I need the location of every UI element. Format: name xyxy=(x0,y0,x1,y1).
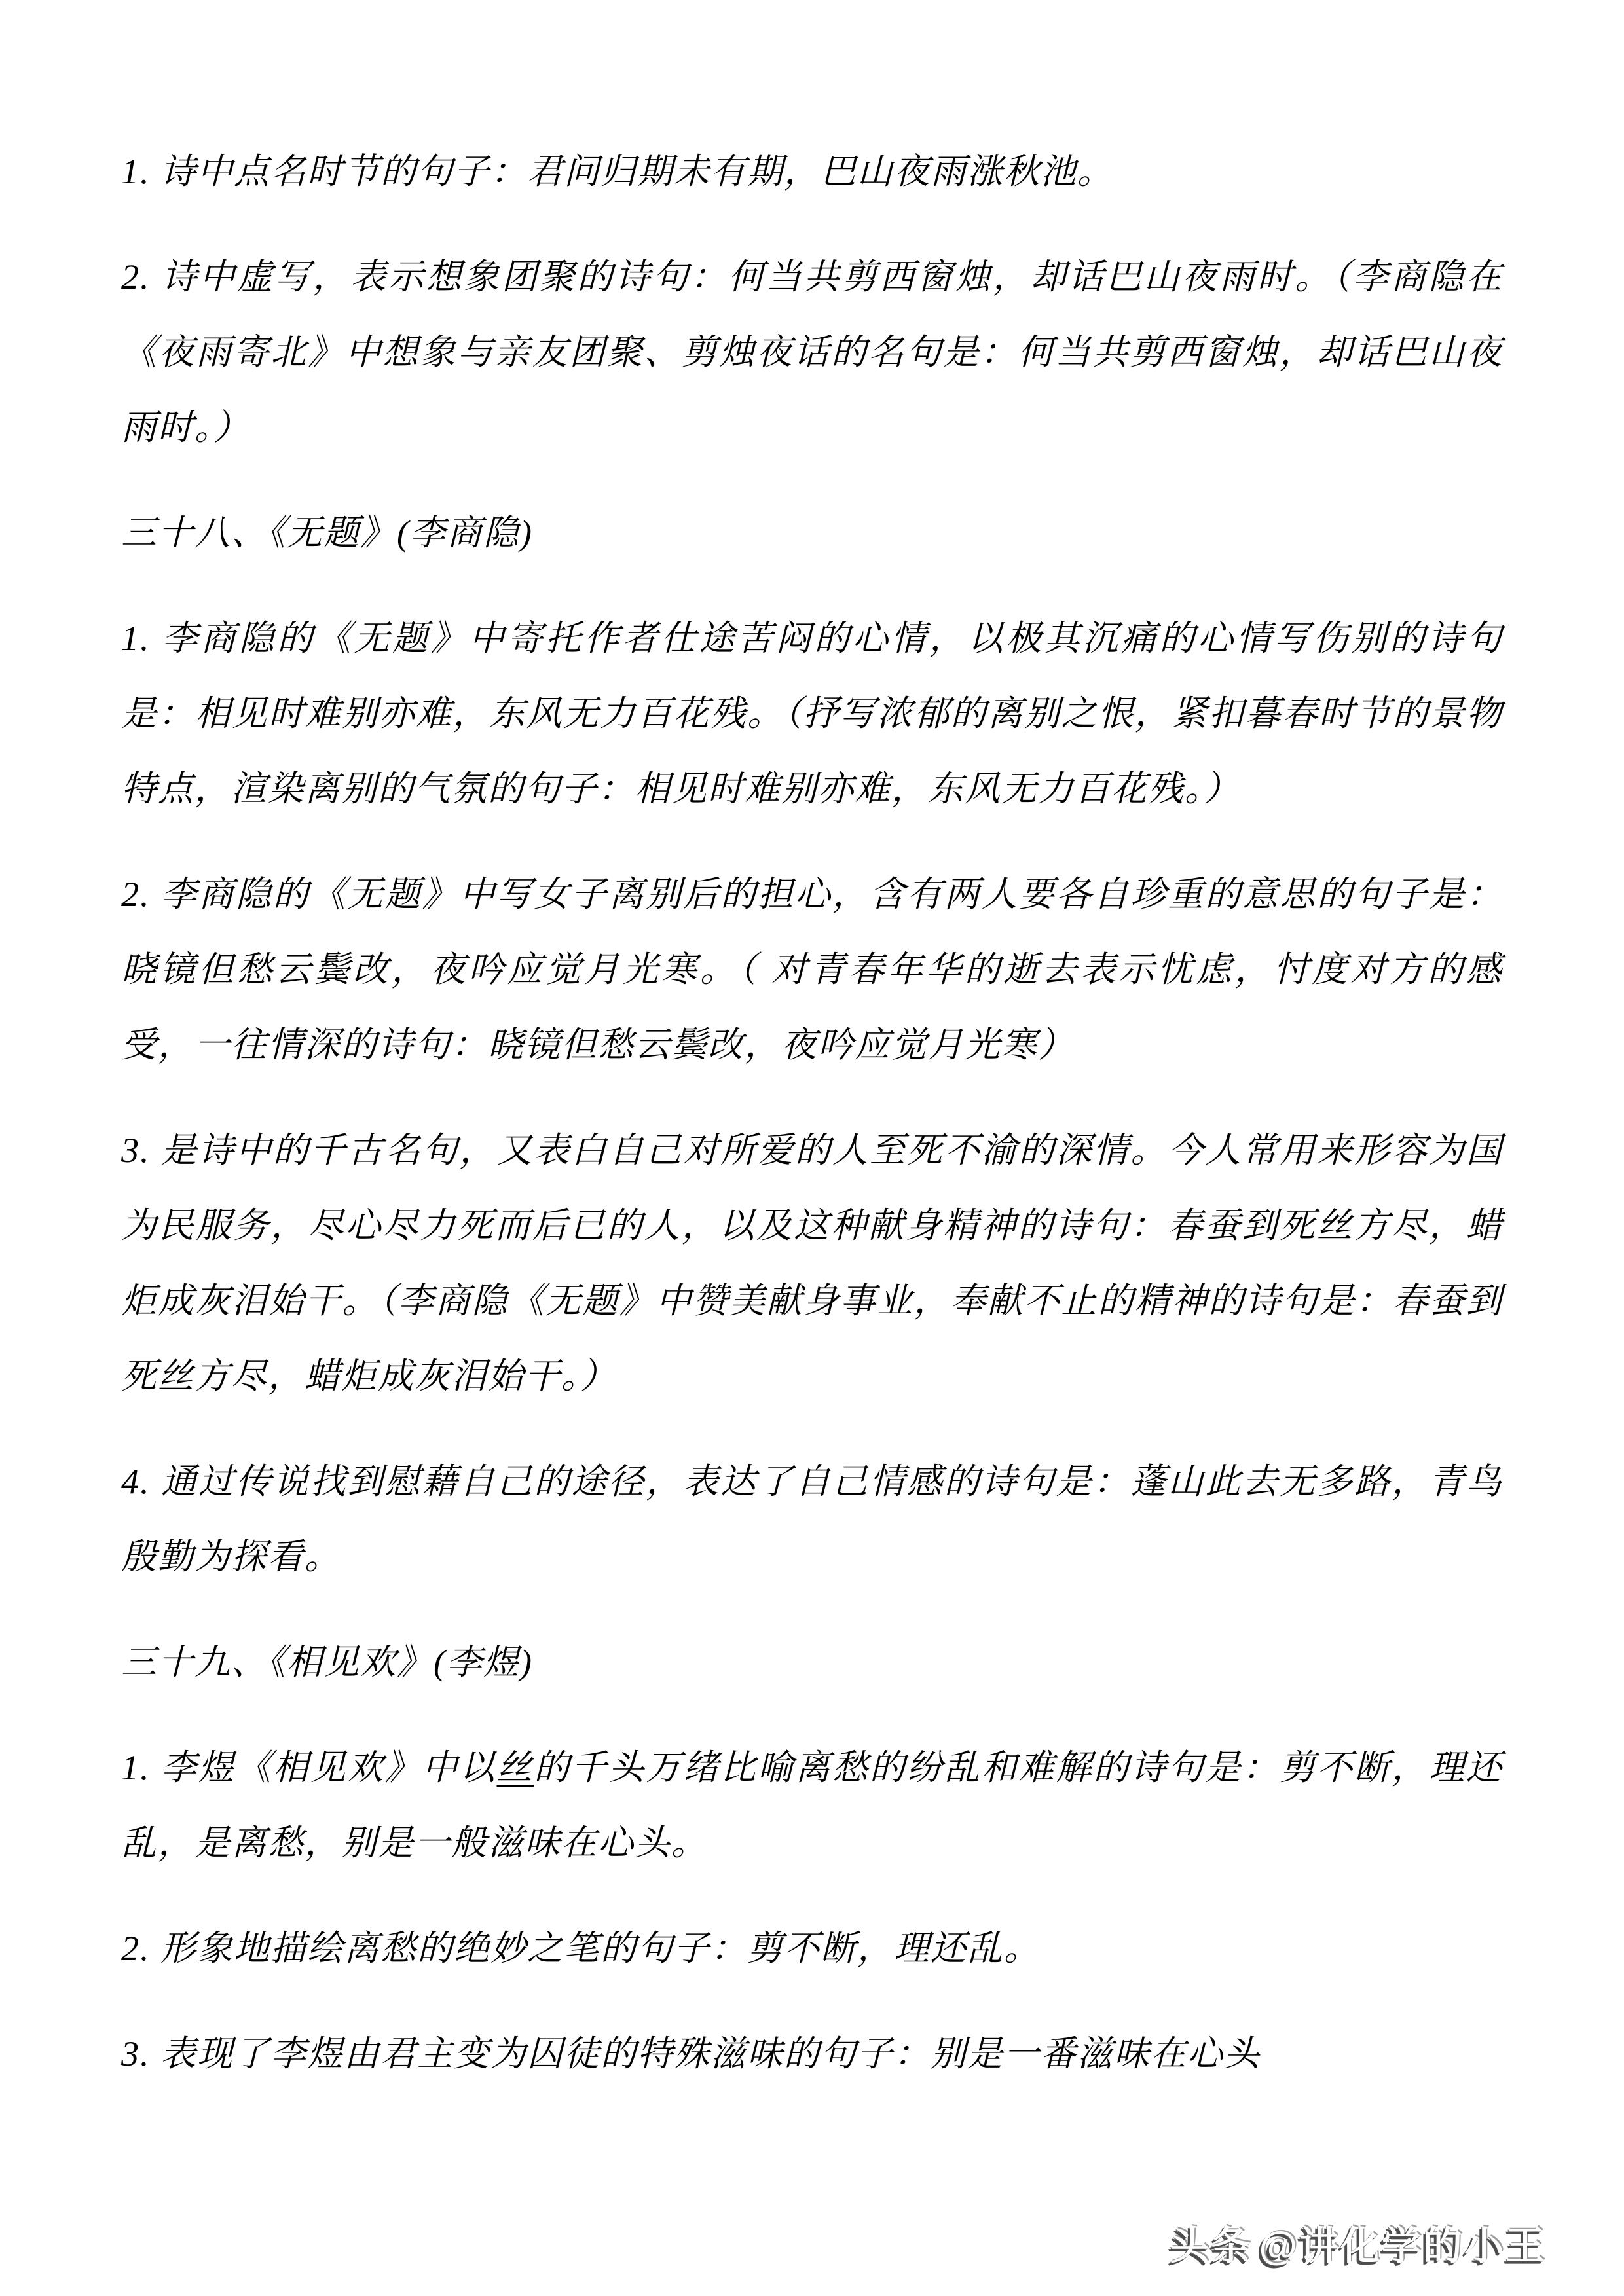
paragraph: 4. 通过传说找到慰藉自己的途径，表达了自己情感的诗句是：蓬山此去无多路，青鸟殷… xyxy=(121,1444,1503,1595)
paragraph: 1. 诗中点名时节的句子：君问归期未有期，巴山夜雨涨秋池。 xyxy=(121,134,1503,210)
section-heading-38: 三十八、《无题》(李商隐) xyxy=(121,496,1503,571)
underlined-term: 丝 xyxy=(496,1748,534,1787)
paragraph: 2. 形象地描绘离愁的绝妙之笔的句子：剪不断，理还乱。 xyxy=(121,1911,1503,1986)
paragraph: 2. 诗中虚写，表示想象团聚的诗句：何当共剪西窗烛，却话巴山夜雨时。（李商隐在《… xyxy=(121,240,1503,465)
watermark: 头条@讲化学的小王 xyxy=(1170,2215,1547,2271)
document-page: 1. 诗中点名时节的句子：君问归期未有期，巴山夜雨涨秋池。 2. 诗中虚写，表示… xyxy=(121,134,1503,2122)
toutiao-logo-text: 头条 xyxy=(1170,2224,1252,2268)
paragraph: 1. 李商隐的《无题》中寄托作者仕途苦闷的心情，以极其沉痛的心情写伤别的诗句是：… xyxy=(121,601,1503,827)
paragraph: 3. 表现了李煜由君主变为囚徒的特殊滋味的句子：别是一番滋味在心头 xyxy=(121,2016,1503,2092)
paragraph: 2. 李商隐的《无题》中写女子离别后的担心，含有两人要各自珍重的意思的句子是：晓… xyxy=(121,857,1503,1083)
section-heading-39: 三十九、《相见欢》(李煜) xyxy=(121,1625,1503,1700)
watermark-handle: @讲化学的小王 xyxy=(1259,2224,1547,2268)
paragraph-text: 1. 李煜《相见欢》中以 xyxy=(121,1748,496,1787)
paragraph: 1. 李煜《相见欢》中以丝的千头万绪比喻离愁的纷乱和难解的诗句是：剪不断，理还乱… xyxy=(121,1730,1503,1881)
paragraph: 3. 是诗中的千古名句，又表白自己对所爱的人至死不渝的深情。今人常用来形容为国为… xyxy=(121,1113,1503,1414)
